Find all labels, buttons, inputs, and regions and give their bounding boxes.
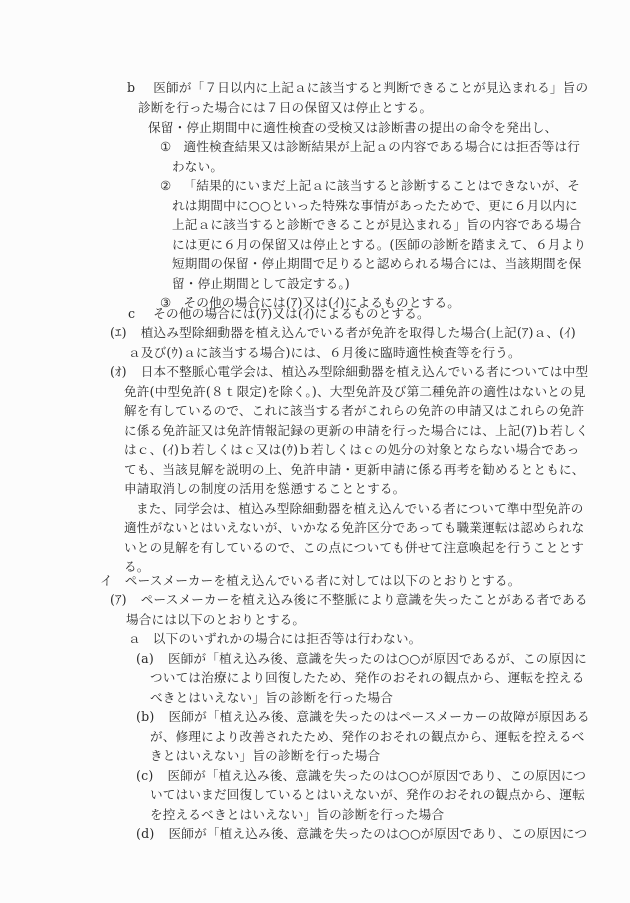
document-line: には更に６月の保留又は停止とする。(医師の診断を踏まえて、６月より — [172, 237, 586, 253]
line-text: 解を有しているので、これに該当する者がこれらの免許の申請又はこれらの免許 — [124, 403, 584, 418]
line-text: 免許(中型免許(８ｔ限定)を除く。)、大型免許及び第二種免許の適性はないとの見 — [124, 384, 586, 399]
list-marker: (b) — [136, 709, 155, 725]
document-line: 短期間の保留・停止期間で足りると認められる場合には、当該期間を保 — [172, 256, 581, 272]
line-text: また、同学会は、植込み型除細動器を植え込んでいる者について準中型免許の — [136, 501, 584, 516]
line-text: 診断を行った場合には７日の保留又は停止とする。 — [138, 100, 432, 115]
document-line: べきとはいえない」旨の診断を行った場合 — [150, 690, 393, 706]
document-line: (c)医師が「植え込み後、意識を失ったのは○○が原因であり、この原因につ — [136, 768, 586, 784]
line-text: いてはいまだ回復しているとはいえないが、発作のおそれの観点から、運転 — [150, 787, 585, 802]
document-line: わない。 — [172, 159, 223, 175]
line-text: ても、当該見解を説明の上、免許申請・更新申請に係る再考を勧めるとともに、 — [124, 462, 585, 477]
document-line: cその他の場合には(ｱ)又は(ｲ)によるものとする。 — [128, 306, 430, 322]
line-text: 以下のいずれかの場合には拒否等は行わない。 — [153, 631, 422, 646]
document-line: イペースメーカーを植え込んでいる者に対しては以下のとおりとする。 — [100, 573, 521, 589]
document-line: (ｴ)植込み型除細動器を植え込んでいる者が免許を取得した場合(上記(ｱ)ａ、(ｲ… — [110, 325, 576, 341]
document-line: はｃ、(ｲ)ｂ若しくはｃ又は(ｳ)ｂ若しくはｃの処分の対象とならない場合であっ — [124, 442, 580, 458]
document-line: いてはいまだ回復しているとはいえないが、発作のおそれの観点から、運転 — [150, 787, 585, 803]
document-line: (ｱ)ペースメーカーを植え込み後に不整脈により意識を失ったことがある者である — [110, 592, 588, 608]
line-text: に係る免許証又は免許情報記録の更新の申請を行った場合には、上記(ｱ)ｂ若しく — [124, 423, 589, 438]
line-text: 適性検査結果又は診断結果が上記ａの内容である場合には拒否等は行 — [184, 139, 581, 154]
list-marker: (c) — [136, 768, 153, 784]
line-text: には更に６月の保留又は停止とする。(医師の診断を踏まえて、６月より — [172, 237, 586, 252]
line-text: 医師が「植え込み後、意識を失ったのは○○が原因であり、この原因につ — [167, 768, 586, 783]
line-text: 医師が「７日以内に上記ａに該当すると判断できることが見込まれる」旨の — [153, 80, 588, 95]
document-line: (ｵ)日本不整脈心電学会は、植込み型除細動器を植え込んでいる者については中型 — [110, 364, 588, 380]
document-line: (b)医師が「植え込み後、意識を失ったのはペースメーカーの故障が原因ある — [136, 709, 590, 725]
document-line: ②「結果的にいまだ上記ａに該当すると診断することはできないが、そ — [160, 178, 580, 194]
list-marker: ② — [160, 178, 172, 194]
document-line: いとの見解を有しているので、この点についても併せて注意喚起を行うこととす — [124, 540, 584, 556]
line-text: 留・停止期間として設定する。) — [172, 276, 350, 291]
document-line: 解を有しているので、これに該当する者がこれらの免許の申請又はこれらの免許 — [124, 403, 584, 419]
line-text: 植込み型除細動器を植え込んでいる者が免許を取得した場合(上記(ｱ)ａ、(ｲ) — [141, 325, 576, 340]
list-marker: イ — [100, 573, 113, 589]
document-line: ａ及び(ｳ)ａに該当する場合)には、６月後に臨時適性検査等を行う。 — [128, 345, 521, 361]
list-marker: (ｴ) — [110, 325, 127, 341]
document-line: b医師が「７日以内に上記ａに該当すると判断できることが見込まれる」旨の — [127, 80, 588, 96]
document-line: (d)医師が「植え込み後、意識を失ったのは○○が原因であり、この原因につ — [136, 826, 587, 842]
list-marker: ａ — [128, 631, 141, 647]
line-text: れは期間中に○○といった特殊な事情があったためで、更に６月以内に — [172, 198, 578, 213]
list-marker: (a) — [136, 651, 154, 667]
document-line: 免許(中型免許(８ｔ限定)を除く。)、大型免許及び第二種免許の適性はないとの見 — [124, 384, 586, 400]
line-text: 「結果的にいまだ上記ａに該当すると診断することはできないが、そ — [184, 178, 581, 193]
list-marker: (ｱ) — [110, 592, 127, 608]
line-text: ペースメーカーを植え込んでいる者に対しては以下のとおりとする。 — [125, 573, 521, 588]
line-text: 申請取消しの制度の活用を慫慂することとする。 — [124, 481, 405, 496]
line-text: きとはいえない」旨の診断を行った場合 — [150, 748, 380, 763]
document-line: (a)医師が「植え込み後、意識を失ったのは○○が原因であるが、この原因に — [136, 651, 587, 667]
document-line: 診断を行った場合には７日の保留又は停止とする。 — [138, 100, 432, 116]
list-marker: b — [127, 80, 135, 96]
line-text: 上記ａに該当すると診断できることが見込まれる」旨の内容である場合 — [172, 217, 581, 232]
list-marker: (d) — [136, 826, 155, 842]
document-line: また、同学会は、植込み型除細動器を植え込んでいる者について準中型免許の — [136, 501, 584, 517]
document-page: b医師が「７日以内に上記ａに該当すると判断できることが見込まれる」旨の診断を行っ… — [0, 0, 630, 903]
document-line: 適性がないとはいえないが、いかなる免許区分であっても職業運転は認められな — [124, 520, 584, 536]
line-text: わない。 — [172, 159, 223, 174]
document-line: ついては治療により回復したため、発作のおそれの観点から、運転を控える — [150, 670, 584, 686]
line-text: はｃ、(ｲ)ｂ若しくはｃ又は(ｳ)ｂ若しくはｃの処分の対象とならない場合であっ — [124, 442, 580, 457]
document-line: に係る免許証又は免許情報記録の更新の申請を行った場合には、上記(ｱ)ｂ若しく — [124, 423, 589, 439]
document-line: ａ以下のいずれかの場合には拒否等は行わない。 — [128, 631, 421, 647]
line-text: 日本不整脈心電学会は、植込み型除細動器を植え込んでいる者については中型 — [141, 364, 589, 379]
line-text: いとの見解を有しているので、この点についても併せて注意喚起を行うこととす — [124, 540, 584, 555]
line-text: べきとはいえない」旨の診断を行った場合 — [150, 690, 393, 705]
line-text: 短期間の保留・停止期間で足りると認められる場合には、当該期間を保 — [172, 256, 581, 271]
line-text: 適性がないとはいえないが、いかなる免許区分であっても職業運転は認められな — [124, 520, 584, 535]
document-line: ても、当該見解を説明の上、免許申請・更新申請に係る再考を勧めるとともに、 — [124, 462, 585, 478]
document-line: 留・停止期間として設定する。) — [172, 276, 350, 292]
line-text: ペースメーカーを植え込み後に不整脈により意識を失ったことがある者である — [141, 592, 588, 607]
document-line: ①適性検査結果又は診断結果が上記ａの内容である場合には拒否等は行 — [160, 139, 580, 155]
list-marker: (ｵ) — [110, 364, 127, 380]
document-line: 場合には以下のとおりとする。 — [126, 612, 305, 628]
line-text: 場合には以下のとおりとする。 — [126, 612, 305, 627]
document-line: を控えるべきとはいえない」旨の診断を行った場合 — [150, 807, 444, 823]
line-text: ａ及び(ｳ)ａに該当する場合)には、６月後に臨時適性検査等を行う。 — [128, 345, 521, 360]
line-text: る。 — [124, 559, 150, 574]
line-text: 医師が「植え込み後、意識を失ったのは○○が原因であり、この原因につ — [169, 826, 588, 841]
line-text: 医師が「植え込み後、意識を失ったのは○○が原因であるが、この原因に — [168, 651, 587, 666]
document-line: 保留・停止期間中に適性検査の受検又は診断書の提出の命令を発出し、 — [148, 120, 557, 136]
document-line: れは期間中に○○といった特殊な事情があったためで、更に６月以内に — [172, 198, 578, 214]
line-text: を控えるべきとはいえない」旨の診断を行った場合 — [150, 807, 444, 822]
list-marker: c — [128, 306, 135, 322]
document-line: 上記ａに該当すると診断できることが見込まれる」旨の内容である場合 — [172, 217, 581, 233]
document-line: が、修理により改善されたため、発作のおそれの観点から、運転を控えるべ — [150, 729, 584, 745]
line-text: その他の場合には(ｱ)又は(ｲ)によるものとする。 — [153, 306, 430, 321]
line-text: ついては治療により回復したため、発作のおそれの観点から、運転を控える — [150, 670, 584, 685]
document-line: 申請取消しの制度の活用を慫慂することとする。 — [124, 481, 405, 497]
document-line: きとはいえない」旨の診断を行った場合 — [150, 748, 380, 764]
line-text: 医師が「植え込み後、意識を失ったのはペースメーカーの故障が原因ある — [169, 709, 590, 724]
line-text: が、修理により改善されたため、発作のおそれの観点から、運転を控えるべ — [150, 729, 584, 744]
list-marker: ① — [160, 139, 172, 155]
line-text: 保留・停止期間中に適性検査の受検又は診断書の提出の命令を発出し、 — [148, 120, 557, 135]
